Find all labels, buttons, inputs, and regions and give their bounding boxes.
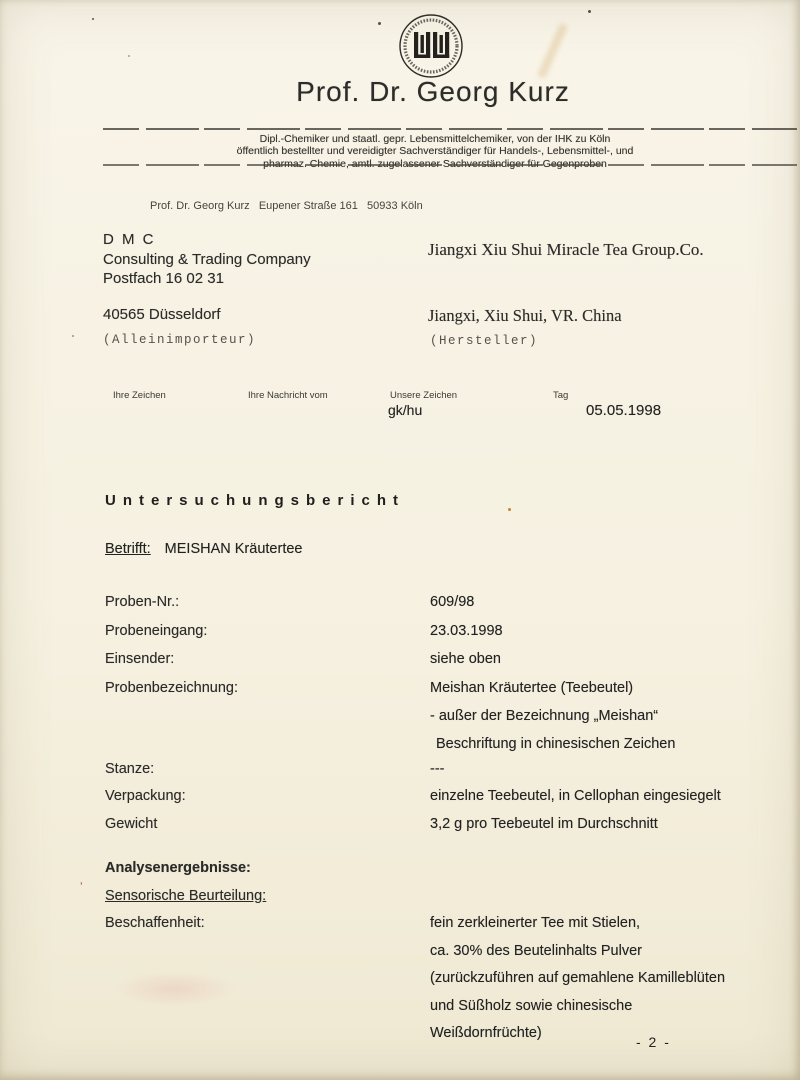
ref-label-your-sign: Ihre Zeichen xyxy=(113,390,166,401)
field-value: 3,2 g pro Teebeutel im Durchschnitt xyxy=(430,816,658,832)
scan-speck xyxy=(72,335,74,337)
scan-speck xyxy=(378,22,381,25)
round-seal-logo-icon xyxy=(394,8,468,84)
scan-speck xyxy=(92,18,94,20)
scan-speck xyxy=(508,508,511,511)
scan-stain xyxy=(537,23,569,80)
subtitle-line-2: öffentlich bestellter und vereidigter Sa… xyxy=(85,145,785,157)
subtitle-line-1: Dipl.-Chemiker und staatl. gepr. Lebensm… xyxy=(85,133,785,145)
ref-label-your-message: Ihre Nachricht vom xyxy=(248,390,328,401)
letterhead-divider-bottom xyxy=(103,164,797,166)
field-value: einzelne Teebeutel, in Cellophan eingesi… xyxy=(430,788,721,804)
field-value: 23.03.1998 xyxy=(430,623,503,639)
letterhead-divider-top xyxy=(103,128,797,130)
analysis-subheading: Sensorische Beurteilung: xyxy=(105,888,266,904)
analysis-line: (zurückzuführen auf gemahlene Kamilleblü… xyxy=(430,970,725,986)
field-label: Probenbezeichnung: xyxy=(105,680,238,696)
handwritten-mark: ʼ xyxy=(80,880,83,894)
sender-return-address: Prof. Dr. Georg Kurz Eupener Straße 161 … xyxy=(150,200,423,212)
analysis-line: Weißdornfrüchte) xyxy=(430,1025,542,1041)
recipient-name: D M C xyxy=(103,230,311,250)
analysis-line: fein zerkleinerter Tee mit Stielen, xyxy=(430,915,640,931)
subject-value: MEISHAN Kräutertee xyxy=(165,541,303,557)
scan-speck xyxy=(588,10,591,13)
recipient-address: D M C Consulting & Trading Company Postf… xyxy=(103,230,311,289)
analysis-row-label: Beschaffenheit: xyxy=(105,915,205,931)
field-value-continuation: Beschriftung in chinesischen Zeichen xyxy=(436,736,675,752)
field-label: Probeneingang: xyxy=(105,623,207,639)
report-title: Untersuchungsbericht xyxy=(105,492,405,509)
ref-label-our-sign: Unsere Zeichen xyxy=(390,390,457,401)
recipient-role: (Alleinimporteur) xyxy=(103,333,256,347)
field-value-continuation: - außer der Bezeichnung „Meishan“ xyxy=(430,708,658,724)
field-value: --- xyxy=(430,761,445,777)
field-label: Gewicht xyxy=(105,816,157,832)
scanned-report-page: { "letterhead": { "name": "Prof. Dr. Geo… xyxy=(0,0,800,1080)
field-value: 609/98 xyxy=(430,594,474,610)
manufacturer-role: (Hersteller) xyxy=(430,334,538,348)
manufacturer-name: Jiangxi Xiu Shui Miracle Tea Group.Co. xyxy=(428,240,704,260)
letterhead-name: Prof. Dr. Georg Kurz xyxy=(70,76,796,108)
ref-label-date: Tag xyxy=(553,390,568,401)
field-label: Stanze: xyxy=(105,761,154,777)
field-label: Verpackung: xyxy=(105,788,186,804)
ref-our-sign-value: gk/hu xyxy=(388,402,422,418)
field-label: Proben-Nr.: xyxy=(105,594,179,610)
scan-smudge xyxy=(115,972,235,1006)
recipient-city: 40565 Düsseldorf xyxy=(103,306,221,323)
page-number: - 2 - xyxy=(636,1034,671,1050)
analysis-heading: Analysenergebnisse: xyxy=(105,860,251,876)
manufacturer-location: Jiangxi, Xiu Shui, VR. China xyxy=(428,306,622,326)
subject-label: Betrifft: xyxy=(105,541,151,557)
ref-date-value: 05.05.1998 xyxy=(586,402,661,419)
analysis-line: ca. 30% des Beutelinhalts Pulver xyxy=(430,943,642,959)
recipient-company: Consulting & Trading Company xyxy=(103,250,311,270)
analysis-line: und Süßholz sowie chinesische xyxy=(430,998,632,1014)
field-label: Einsender: xyxy=(105,651,174,667)
field-value: siehe oben xyxy=(430,651,501,667)
field-value: Meishan Kräutertee (Teebeutel) xyxy=(430,680,633,696)
subject-line: Betrifft:MEISHAN Kräutertee xyxy=(105,541,302,557)
recipient-pobox: Postfach 16 02 31 xyxy=(103,269,311,289)
scan-speck xyxy=(128,55,130,57)
